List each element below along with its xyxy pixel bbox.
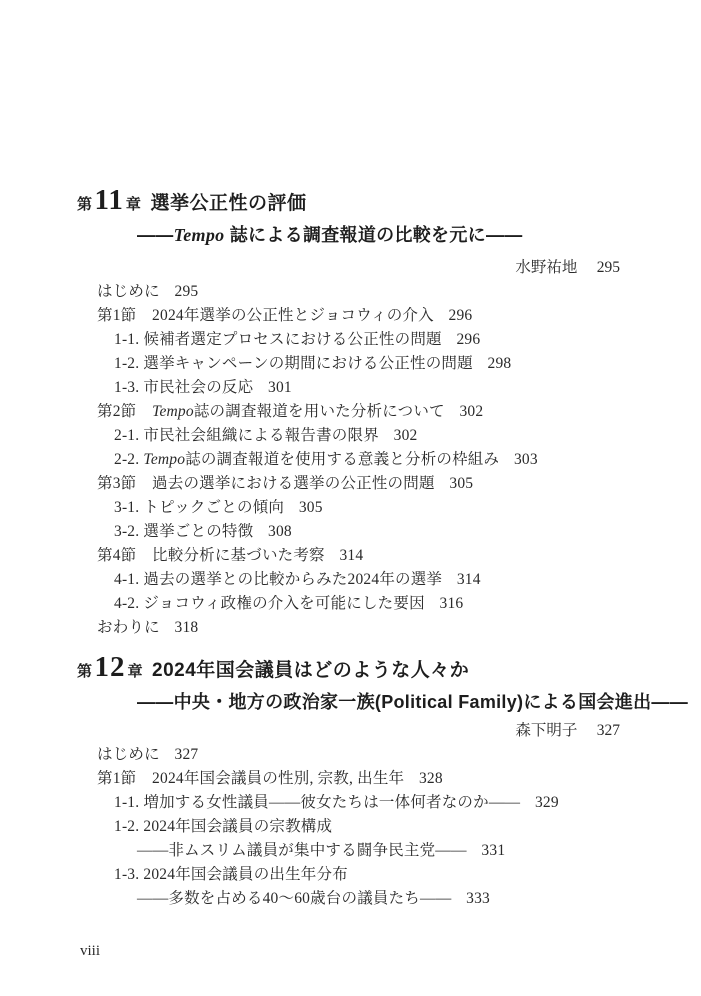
toc-entry-text: ——非ムスリム議員が集中する闘争民主党—— <box>137 842 467 859</box>
toc-entry-text: 第2節 Tempo誌の調査報道を用いた分析について <box>97 403 445 420</box>
toc-entry-page: 318 <box>175 619 199 636</box>
toc-entry-page: 333 <box>466 890 490 907</box>
toc-entry-page: 296 <box>449 307 473 324</box>
chapter-title: 2024年国会議員はどのような人々か <box>152 656 469 686</box>
toc-entry: ——多数を占める40～60歳台の議員たち——333 <box>77 887 620 911</box>
text-segment: 2-1. 市民社会組織による報告書の限界 <box>114 427 379 444</box>
text-segment: 1-3. 2024年国会議員の出生年分布 <box>114 866 348 883</box>
toc-entry-text: 1-1. 増加する女性議員——彼女たちは一体何者なのか—— <box>114 794 520 811</box>
toc-entry-text: 4-2. ジョコウィ政権の介入を可能にした要因 <box>114 595 425 612</box>
toc-entry: 第2節 Tempo誌の調査報道を用いた分析について302 <box>77 400 620 424</box>
toc-entry-page: 305 <box>299 499 323 516</box>
toc-entry: 4-2. ジョコウィ政権の介入を可能にした要因316 <box>77 592 620 616</box>
toc-entry-text: はじめに <box>97 283 160 300</box>
toc-entry-page: 316 <box>440 595 464 612</box>
author-name: 水野祐地 <box>515 259 577 276</box>
toc-entry-page: 327 <box>175 746 199 763</box>
author-line: 水野祐地 295 <box>77 256 620 280</box>
toc-entry: 2-2. Tempo誌の調査報道を使用する意義と分析の枠組み303 <box>77 448 620 472</box>
chapter-12-entries: はじめに327第1節 2024年国会議員の性別, 宗教, 出生年3281-1. … <box>77 743 620 911</box>
toc-entry-page: 303 <box>514 451 538 468</box>
chapter-label-prefix: 第 <box>77 657 93 687</box>
text-segment: 誌の調査報道を使用する意義と分析の枠組み <box>185 451 499 468</box>
toc-entry: はじめに327 <box>77 743 620 767</box>
toc-entry-text: 3-2. 選挙ごとの特徴 <box>114 523 253 540</box>
text-segment: 第4節 比較分析に基づいた考察 <box>97 547 325 564</box>
toc-entry-page: 314 <box>457 571 481 588</box>
toc-entry: おわりに318 <box>77 616 620 640</box>
toc-entry-text: 1-3. 市民社会の反応 <box>114 379 253 396</box>
chapter-label-suffix: 章 <box>126 190 142 220</box>
toc-entry-page: 296 <box>456 331 480 348</box>
text-segment: はじめに <box>97 283 160 300</box>
author-name: 森下明子 <box>515 722 577 739</box>
text-segment: 第1節 2024年選挙の公正性とジョコウィの介入 <box>97 307 434 324</box>
toc-entry: 1-1. 候補者選定プロセスにおける公正性の問題296 <box>77 328 620 352</box>
text-segment: 1-3. 市民社会の反応 <box>114 379 253 396</box>
toc-entry-text: おわりに <box>97 619 160 636</box>
toc-entry-text: 2-2. Tempo誌の調査報道を使用する意義と分析の枠組み <box>114 451 499 468</box>
text-segment: 4-2. ジョコウィ政権の介入を可能にした要因 <box>114 595 425 612</box>
toc-entry: 3-2. 選挙ごとの特徴308 <box>77 520 620 544</box>
toc-entry-text: 3-1. トピックごとの傾向 <box>114 499 284 516</box>
text-segment: 第3節 過去の選挙における選挙の公正性の問題 <box>97 475 435 492</box>
text-segment: Tempo <box>143 451 185 468</box>
toc-entry-page: 302 <box>394 427 418 444</box>
toc-entry-text: 1-2. 選挙キャンペーンの期間における公正性の問題 <box>114 355 473 372</box>
toc-entry: 1-3. 市民社会の反応301 <box>77 376 620 400</box>
text-segment: 誌による調査報道の比較を元に—— <box>224 225 522 245</box>
text-segment: 3-2. 選挙ごとの特徴 <box>114 523 253 540</box>
toc-entry: 1-3. 2024年国会議員の出生年分布 <box>77 863 620 887</box>
toc-entry: ——非ムスリム議員が集中する闘争民主党——331 <box>77 839 620 863</box>
toc-entry-page: 331 <box>481 842 505 859</box>
toc-entry-text: 第4節 比較分析に基づいた考察 <box>97 547 325 564</box>
toc-entry: 3-1. トピックごとの傾向305 <box>77 496 620 520</box>
folio-page-number: viii <box>80 941 100 961</box>
toc-entry-text: ——多数を占める40～60歳台の議員たち—— <box>137 890 451 907</box>
chapter-number: 11 <box>93 185 126 215</box>
text-segment: ——非ムスリム議員が集中する闘争民主党—— <box>137 842 467 859</box>
chapter-number: 12 <box>93 652 128 682</box>
toc-entry-page: 298 <box>488 355 512 372</box>
toc-entry-page: 329 <box>535 794 559 811</box>
text-segment: ——多数を占める40～60歳台の議員たち—— <box>137 890 451 907</box>
author-line: 森下明子 327 <box>77 719 620 743</box>
text-segment: 4-1. 過去の選挙との比較からみた2024年の選挙 <box>114 571 442 588</box>
toc-entry: 第4節 比較分析に基づいた考察314 <box>77 544 620 568</box>
text-segment: 2-2. <box>114 451 143 468</box>
toc-entry: 1-2. 2024年国会議員の宗教構成 <box>77 815 620 839</box>
text-segment: 1-1. 増加する女性議員——彼女たちは一体何者なのか—— <box>114 794 520 811</box>
chapter-12-heading: 第 12 章 2024年国会議員はどのような人々か <box>77 652 620 687</box>
text-segment: —— <box>137 225 174 245</box>
chapter-11-heading: 第 11 章 選挙公正性の評価 <box>77 185 620 220</box>
toc-entry: 4-1. 過去の選挙との比較からみた2024年の選挙314 <box>77 568 620 592</box>
author-start-page: 327 <box>597 722 620 739</box>
toc-entry-text: 1-1. 候補者選定プロセスにおける公正性の問題 <box>114 331 442 348</box>
toc-entry: 1-1. 増加する女性議員——彼女たちは一体何者なのか——329 <box>77 791 620 815</box>
text-segment: 1-2. 選挙キャンペーンの期間における公正性の問題 <box>114 355 473 372</box>
author-start-page: 295 <box>597 259 620 276</box>
text-segment: 第2節 <box>97 403 152 420</box>
toc-entry-text: 第1節 2024年国会議員の性別, 宗教, 出生年 <box>97 770 404 787</box>
text-segment: 第1節 2024年国会議員の性別, 宗教, 出生年 <box>97 770 404 787</box>
toc-entry-text: 1-3. 2024年国会議員の出生年分布 <box>114 866 348 883</box>
chapter-subtitle: ——Tempo 誌による調査報道の比較を元に—— <box>137 222 620 248</box>
text-segment: 3-1. トピックごとの傾向 <box>114 499 284 516</box>
toc-entry-page: 328 <box>419 770 443 787</box>
toc-entry-text: 1-2. 2024年国会議員の宗教構成 <box>114 818 332 835</box>
toc-entry-page: 305 <box>449 475 473 492</box>
chapter-label-suffix: 章 <box>128 657 144 687</box>
toc-entry: はじめに295 <box>77 280 620 304</box>
text-segment: 誌の調査報道を用いた分析について <box>194 403 445 420</box>
text-segment: 1-2. 2024年国会議員の宗教構成 <box>114 818 332 835</box>
text-segment: ——中央・地方の政治家一族(Political Family)による国会進出—— <box>137 692 688 712</box>
toc-entry-text: 2-1. 市民社会組織による報告書の限界 <box>114 427 379 444</box>
book-toc-page: 第 11 章 選挙公正性の評価 ——Tempo 誌による調査報道の比較を元に——… <box>0 0 701 996</box>
toc-entry-page: 301 <box>268 379 292 396</box>
table-of-contents: 第 11 章 選挙公正性の評価 ——Tempo 誌による調査報道の比較を元に——… <box>77 185 620 911</box>
text-segment: おわりに <box>97 619 160 636</box>
toc-entry-text: 第3節 過去の選挙における選挙の公正性の問題 <box>97 475 435 492</box>
chapter-label-prefix: 第 <box>77 190 93 220</box>
text-segment: はじめに <box>97 746 160 763</box>
toc-entry-text: 第1節 2024年選挙の公正性とジョコウィの介入 <box>97 307 434 324</box>
toc-entry: 2-1. 市民社会組織による報告書の限界302 <box>77 424 620 448</box>
text-segment: Tempo <box>152 403 194 420</box>
toc-entry: 1-2. 選挙キャンペーンの期間における公正性の問題298 <box>77 352 620 376</box>
toc-entry: 第3節 過去の選挙における選挙の公正性の問題305 <box>77 472 620 496</box>
toc-entry-page: 302 <box>459 403 483 420</box>
chapter-subtitle: ——中央・地方の政治家一族(Political Family)による国会進出—— <box>137 689 620 715</box>
toc-entry-page: 295 <box>175 283 199 300</box>
toc-entry: 第1節 2024年選挙の公正性とジョコウィの介入296 <box>77 304 620 328</box>
toc-entry: 第1節 2024年国会議員の性別, 宗教, 出生年328 <box>77 767 620 791</box>
toc-entry-page: 314 <box>339 547 363 564</box>
chapter-title: 選挙公正性の評価 <box>150 189 306 219</box>
text-segment: Tempo <box>174 225 225 245</box>
chapter-11-entries: はじめに295第1節 2024年選挙の公正性とジョコウィの介入2961-1. 候… <box>77 280 620 640</box>
chapter-11-block: 第 11 章 選挙公正性の評価 ——Tempo 誌による調査報道の比較を元に——… <box>77 185 620 640</box>
toc-entry-text: はじめに <box>97 746 160 763</box>
chapter-12-block: 第 12 章 2024年国会議員はどのような人々か ——中央・地方の政治家一族(… <box>77 652 620 911</box>
toc-entry-page: 308 <box>268 523 292 540</box>
toc-entry-text: 4-1. 過去の選挙との比較からみた2024年の選挙 <box>114 571 442 588</box>
text-segment: 1-1. 候補者選定プロセスにおける公正性の問題 <box>114 331 442 348</box>
